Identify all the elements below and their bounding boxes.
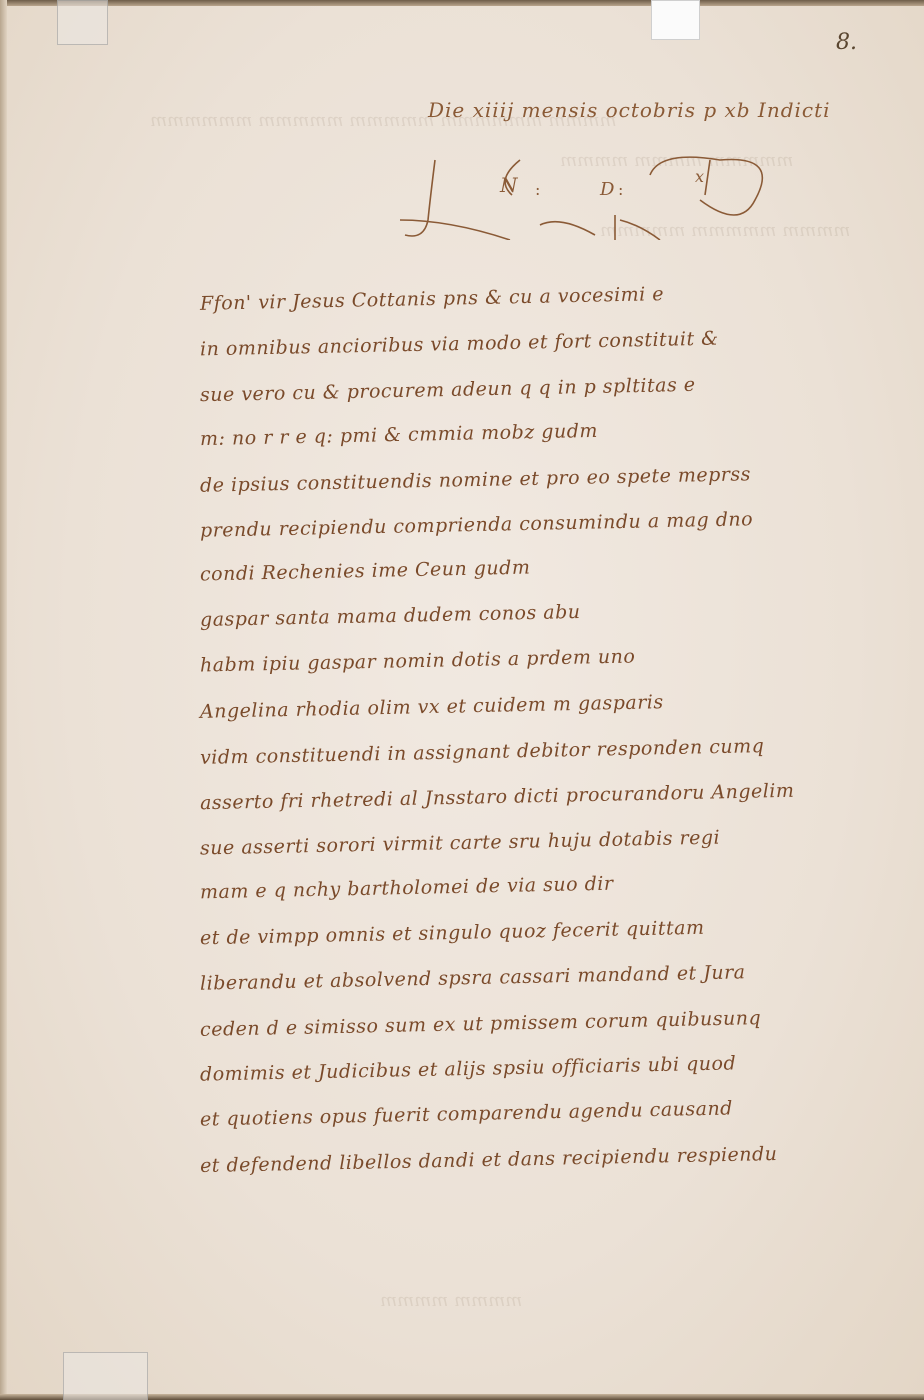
text-line: et de vimpp omnis et singulo quoz feceri… — [200, 922, 800, 967]
folio-number: 8. — [836, 30, 857, 55]
text-line: m: no r r e q: pmi & cmmia mobz gudm — [200, 424, 800, 469]
svg-text:D: D — [599, 179, 615, 200]
text-line: asserto fri rhetredi al Jnsstaro dicti p… — [200, 786, 800, 831]
text-line: condi Rechenies ime Ceun gudm — [200, 560, 800, 605]
text-line: mam e q nchy bartholomei de via suo dir — [200, 877, 800, 922]
text-line: habm ipiu gaspar nomin dotis a prdem uno — [200, 650, 800, 695]
text-line: in omnibus ancioribus via modo et fort c… — [200, 333, 800, 378]
text-line: sue asserti sorori virmit carte sru huju… — [200, 832, 800, 877]
invocation-flourish: N : D : x — [400, 140, 780, 240]
text-line: prendu recipiendu comprienda consumindu … — [200, 514, 800, 559]
svg-text:x: x — [695, 167, 704, 186]
text-line: sue vero cu & procurem adeun q q in p sp… — [200, 379, 800, 424]
page-left-edge — [0, 0, 7, 1400]
date-heading: Die xiiij mensis octobris p xb Indicti — [428, 98, 831, 122]
svg-text:N: N — [499, 173, 519, 197]
tape-strip-bottom-left — [63, 1352, 148, 1400]
tape-strip-top-left — [57, 0, 108, 45]
text-line: et defendend libellos dandi et dans reci… — [200, 1149, 800, 1194]
svg-text::: : — [618, 180, 623, 199]
manuscript-page: 8. mmmm mmmmmm mmmmm mmmmm mmmmmm mmmmm … — [0, 0, 924, 1400]
text-line: de ipsius constituendis nomine et pro eo… — [200, 469, 800, 514]
text-line: Angelina rhodia olim vx et cuidem m gasp… — [200, 696, 800, 741]
text-line: domimis et Judicibus et alijs spsiu offi… — [200, 1058, 800, 1103]
tape-strip-top-right — [651, 0, 700, 40]
text-line: ceden d e simisso sum ex ut pmissem coru… — [200, 1013, 800, 1058]
text-line: gaspar santa mama dudem conos abu — [200, 605, 800, 650]
svg-text::: : — [535, 180, 540, 199]
text-line: Ffon' vir Jesus Cottanis pns & cu a voce… — [200, 288, 800, 333]
text-line: vidm constituendi in assignant debitor r… — [200, 741, 800, 786]
body-text: Ffon' vir Jesus Cottanis pns & cu a voce… — [200, 288, 800, 1194]
page-top-edge — [0, 0, 924, 6]
text-line: et quotiens opus fuerit comparendu agend… — [200, 1103, 800, 1148]
text-line: liberandu et absolvend spsra cassari man… — [200, 967, 800, 1012]
bleed-through-text: mmmm mmmm — [380, 1290, 522, 1311]
